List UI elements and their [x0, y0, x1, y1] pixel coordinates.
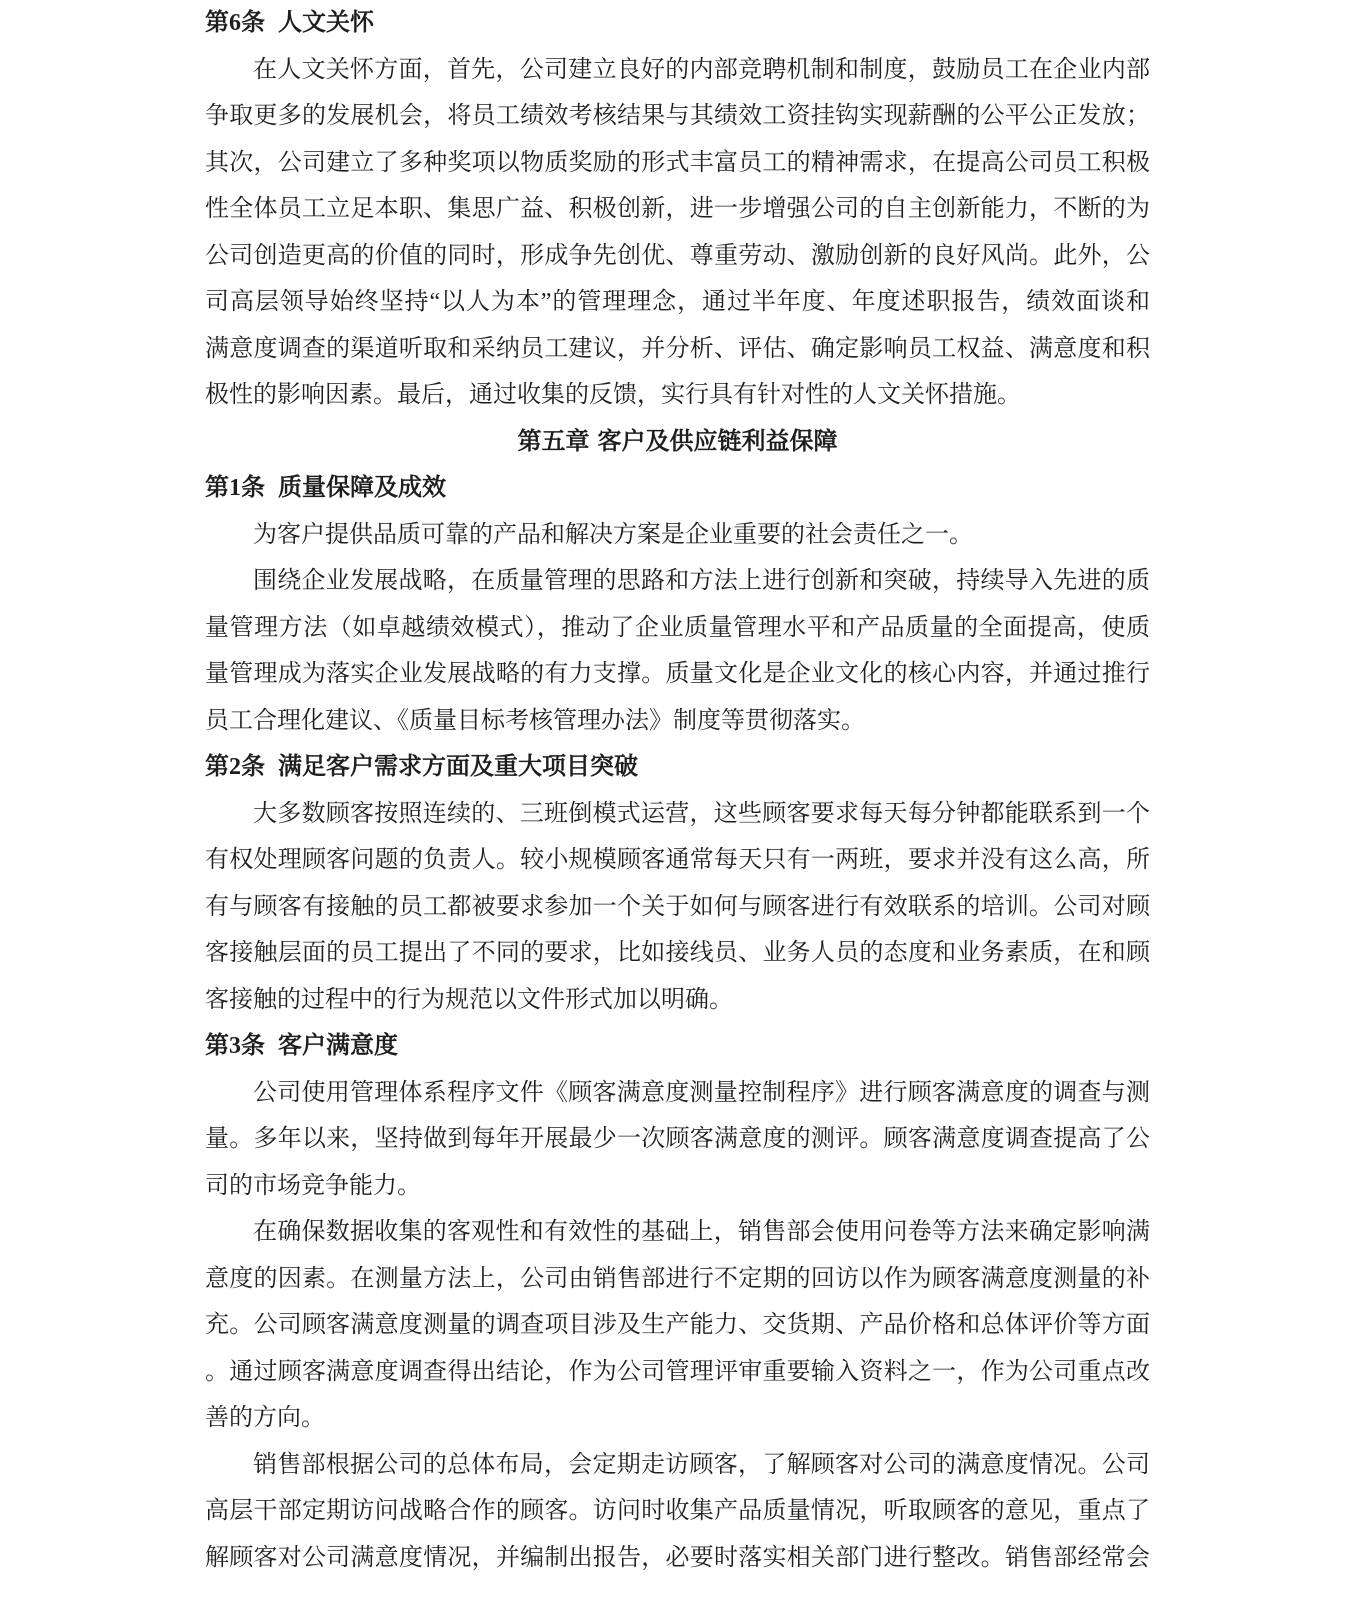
text-line: 在人文关怀方面，首先，公司建立良好的内部竞聘机制和制度，鼓励员工在企业内部 [205, 47, 1150, 94]
text-line: 解顾客对公司满意度情况，并编制出报告，必要时落实相关部门进行整改。销售部经常会 [205, 1535, 1150, 1582]
body-paragraph: 大多数顾客按照连续的、三班倒模式运营，这些顾客要求每天每分钟都能联系到一个有权处… [205, 791, 1150, 1024]
heading-number: 第1条 [205, 475, 265, 501]
text-line: 性全体员工立足本职、集思广益、积极创新，进一步增强公司的自主创新能力，不断的为 [205, 186, 1150, 233]
text-line: 为客户提供品质可靠的产品和解决方案是企业重要的社会责任之一。 [205, 512, 1150, 559]
text-line: 极性的影响因素。最后，通过收集的反馈，实行具有针对性的人文关怀措施。 [205, 372, 1150, 419]
body-paragraph: 在确保数据收集的客观性和有效性的基础上，销售部会使用问卷等方法来确定影响满意度的… [205, 1209, 1150, 1442]
chapter-heading: 第五章客户及供应链利益保障 [205, 419, 1150, 466]
section-heading: 第2条满足客户需求方面及重大项目突破 [205, 744, 1150, 791]
body-paragraph: 公司使用管理体系程序文件《顾客满意度测量控制程序》进行顾客满意度的调查与测量。多… [205, 1070, 1150, 1210]
body-paragraph: 为客户提供品质可靠的产品和解决方案是企业重要的社会责任之一。 [205, 512, 1150, 559]
text-line: 客接触层面的员工提出了不同的要求，比如接线员、业务人员的态度和业务素质，在和顾 [205, 930, 1150, 977]
text-line: 司的市场竞争能力。 [205, 1163, 1150, 1210]
text-line: 有权处理顾客问题的负责人。较小规模顾客通常每天只有一两班，要求并没有这么高，所 [205, 837, 1150, 884]
text-line: 。通过顾客满意度调查得出结论，作为公司管理评审重要输入资料之一，作为公司重点改 [205, 1349, 1150, 1396]
text-line: 量。多年以来，坚持做到每年开展最少一次顾客满意度的测评。顾客满意度调查提高了公 [205, 1116, 1150, 1163]
text-line: 量管理方法（如卓越绩效模式），推动了企业质量管理水平和产品质量的全面提高，使质 [205, 605, 1150, 652]
section-heading: 第6条人文关怀 [205, 0, 1150, 47]
chapter-number: 第五章 [518, 429, 590, 455]
text-line: 满意度调查的渠道听取和采纳员工建议，并分析、评估、确定影响员工权益、满意度和积 [205, 326, 1150, 373]
text-line: 争取更多的发展机会，将员工绩效考核结果与其绩效工资挂钩实现薪酬的公平公正发放； [205, 93, 1150, 140]
text-line: 围绕企业发展战略，在质量管理的思路和方法上进行创新和突破，持续导入先进的质 [205, 558, 1150, 605]
text-line: 善的方向。 [205, 1395, 1150, 1442]
heading-number: 第2条 [205, 754, 265, 780]
text-line: 充。公司顾客满意度测量的调查项目涉及生产能力、交货期、产品价格和总体评价等方面 [205, 1302, 1150, 1349]
heading-title: 质量保障及成效 [278, 475, 446, 501]
section-heading: 第3条客户满意度 [205, 1023, 1150, 1070]
document-body: 第6条人文关怀在人文关怀方面，首先，公司建立良好的内部竞聘机制和制度，鼓励员工在… [205, 0, 1150, 1581]
heading-title: 满足客户需求方面及重大项目突破 [278, 754, 638, 780]
text-line: 司高层领导始终坚持“以人为本”的管理理念，通过半年度、年度述职报告，绩效面谈和 [205, 279, 1150, 326]
heading-number: 第6条 [205, 10, 265, 36]
text-line: 销售部根据公司的总体布局，会定期走访顾客，了解顾客对公司的满意度情况。公司 [205, 1442, 1150, 1489]
text-line: 在确保数据收集的客观性和有效性的基础上，销售部会使用问卷等方法来确定影响满 [205, 1209, 1150, 1256]
heading-title: 人文关怀 [278, 10, 374, 36]
text-line: 量管理成为落实企业发展战略的有力支撑。质量文化是企业文化的核心内容，并通过推行 [205, 651, 1150, 698]
text-line: 意度的因素。在测量方法上，公司由销售部进行不定期的回访以作为顾客满意度测量的补 [205, 1256, 1150, 1303]
body-paragraph: 销售部根据公司的总体布局，会定期走访顾客，了解顾客对公司的满意度情况。公司高层干… [205, 1442, 1150, 1582]
text-line: 大多数顾客按照连续的、三班倒模式运营，这些顾客要求每天每分钟都能联系到一个 [205, 791, 1150, 838]
text-line: 客接触的过程中的行为规范以文件形式加以明确。 [205, 977, 1150, 1024]
text-line: 有与顾客有接触的员工都被要求参加一个关于如何与顾客进行有效联系的培训。公司对顾 [205, 884, 1150, 931]
text-line: 其次，公司建立了多种奖项以物质奖励的形式丰富员工的精神需求，在提高公司员工积极 [205, 140, 1150, 187]
heading-number: 第3条 [205, 1033, 265, 1059]
body-paragraph: 在人文关怀方面，首先，公司建立良好的内部竞聘机制和制度，鼓励员工在企业内部争取更… [205, 47, 1150, 419]
heading-title: 客户满意度 [278, 1033, 398, 1059]
section-heading: 第1条质量保障及成效 [205, 465, 1150, 512]
chapter-title: 客户及供应链利益保障 [598, 429, 838, 455]
text-line: 公司创造更高的价值的同时，形成争先创优、尊重劳动、激励创新的良好风尚。此外，公 [205, 233, 1150, 280]
text-line: 高层干部定期访问战略合作的顾客。访问时收集产品质量情况，听取顾客的意见，重点了 [205, 1488, 1150, 1535]
text-line: 员工合理化建议、《质量目标考核管理办法》制度等贯彻落实。 [205, 698, 1150, 745]
body-paragraph: 围绕企业发展战略，在质量管理的思路和方法上进行创新和突破，持续导入先进的质量管理… [205, 558, 1150, 744]
document-page: 第6条人文关怀在人文关怀方面，首先，公司建立良好的内部竞聘机制和制度，鼓励员工在… [0, 0, 1370, 1600]
text-line: 公司使用管理体系程序文件《顾客满意度测量控制程序》进行顾客满意度的调查与测 [205, 1070, 1150, 1117]
